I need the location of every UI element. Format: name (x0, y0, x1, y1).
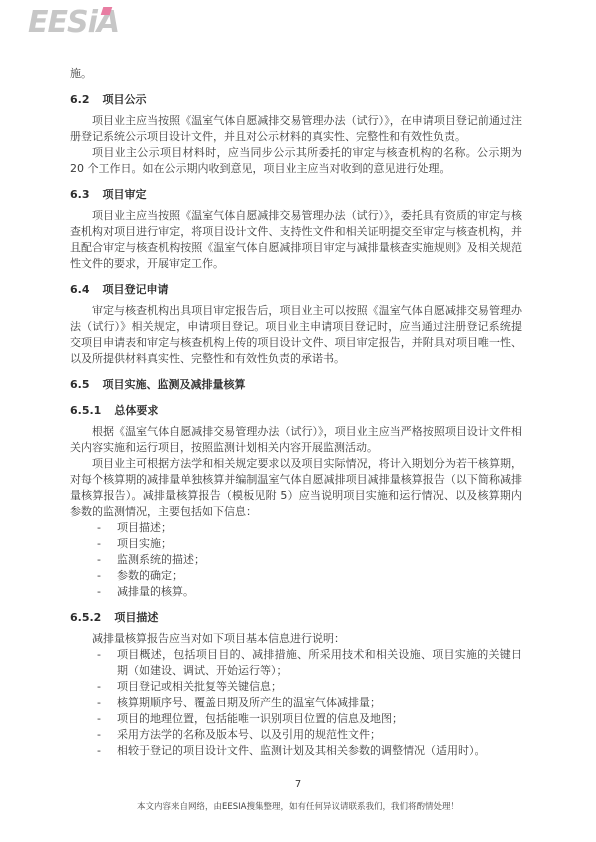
eesia-logo: EESiA (28, 4, 148, 46)
section-6-3-heading: 6.3项目审定 (70, 187, 522, 203)
carryover-text: 施。 (70, 66, 522, 82)
bullet-dash: - (97, 647, 117, 679)
section-title: 项目实施、监测及减排量核算 (103, 378, 246, 391)
list-item: -核算期顺序号、覆盖日期及所产生的温室气体减排量； (97, 695, 522, 711)
section-number: 6.2 (70, 92, 90, 108)
paragraph: 项目业主应当按照《温室气体自愿减排交易管理办法（试行）》，委托具有资质的审定与核… (70, 208, 522, 272)
bullet-dash: - (97, 679, 117, 695)
bullet-dash: - (97, 520, 117, 536)
footer-disclaimer: 本文内容来自网络，由EESIA搜集整理，如有任何异议请联系我们，我们将酌情处理！ (0, 801, 596, 813)
list-item: -相较于登记的项目设计文件、监测计划及其相关参数的调整情况（适用时）。 (97, 743, 522, 759)
list-item: -项目概述，包括项目目的、减排措施、所采用技术和相关设施、项目实施的关键日期（如… (97, 647, 522, 679)
list-item: -参数的确定； (97, 568, 522, 584)
section-title: 项目描述 (114, 611, 158, 624)
paragraph: 项目业主应当按照《温室气体自愿减排交易管理办法（试行）》，在申请项目登记前通过注… (70, 113, 522, 145)
section-title: 项目登记申请 (103, 283, 169, 296)
list-item-text: 项目实施； (117, 536, 522, 552)
bullet-dash: - (97, 536, 117, 552)
list-item: -采用方法学的名称及版本号、以及引用的规范性文件； (97, 727, 522, 743)
list-item-text: 相较于登记的项目设计文件、监测计划及其相关参数的调整情况（适用时）。 (117, 743, 522, 759)
bullet-dash: - (97, 695, 117, 711)
bullet-dash: - (97, 743, 117, 759)
bullet-dash: - (97, 568, 117, 584)
section-6-5-1-heading: 6.5.1总体要求 (70, 403, 522, 419)
paragraph: 审定与核查机构出具项目审定报告后，项目业主可以按照《温室气体自愿减排交易管理办法… (70, 303, 522, 367)
page-content: 施。 6.2项目公示 项目业主应当按照《温室气体自愿减排交易管理办法（试行）》，… (70, 66, 522, 759)
section-6-4-heading: 6.4项目登记申请 (70, 282, 522, 298)
section-title: 项目审定 (103, 188, 147, 201)
bullet-dash: - (97, 727, 117, 743)
list-item-text: 项目描述； (117, 520, 522, 536)
list-item: -项目描述； (97, 520, 522, 536)
list-item-text: 参数的确定； (117, 568, 522, 584)
list-item-text: 项目登记或相关批复等关键信息； (117, 679, 522, 695)
list-item: -监测系统的描述； (97, 552, 522, 568)
section-number: 6.5.2 (70, 610, 101, 626)
list-item-text: 核算期顺序号、覆盖日期及所产生的温室气体减排量； (117, 695, 522, 711)
list-item: -项目实施； (97, 536, 522, 552)
document-page: EESiA 施。 6.2项目公示 项目业主应当按照《温室气体自愿减排交易管理办法… (0, 0, 596, 842)
section-6-2-heading: 6.2项目公示 (70, 92, 522, 108)
list-item-text: 减排量的核算。 (117, 584, 522, 600)
bullet-dash: - (97, 584, 117, 600)
section-title: 项目公示 (103, 93, 147, 106)
paragraph: 减排量核算报告应当对如下项目基本信息进行说明： (70, 631, 522, 647)
list-item-text: 监测系统的描述； (117, 552, 522, 568)
paragraph: 根据《温室气体自愿减排交易管理办法（试行）》，项目业主应当严格按照项目设计文件相… (70, 424, 522, 456)
section-number: 6.4 (70, 282, 90, 298)
section-6-5-heading: 6.5项目实施、监测及减排量核算 (70, 377, 522, 393)
section-title: 总体要求 (114, 404, 158, 417)
page-number: 7 (0, 778, 596, 792)
list-item-text: 项目的地理位置，包括能唯一识别项目位置的信息及地图； (117, 711, 522, 727)
bullet-dash: - (97, 711, 117, 727)
section-number: 6.3 (70, 187, 90, 203)
list-item: -项目登记或相关批复等关键信息； (97, 679, 522, 695)
list-item-text: 采用方法学的名称及版本号、以及引用的规范性文件； (117, 727, 522, 743)
bullet-dash: - (97, 552, 117, 568)
section-6-5-2-heading: 6.5.2项目描述 (70, 610, 522, 626)
paragraph: 项目业主公示项目材料时，应当同步公示其所委托的审定与核查机构的名称。公示期为 2… (70, 145, 522, 177)
section-number: 6.5.1 (70, 403, 101, 419)
bullet-list-652: -项目概述，包括项目目的、减排措施、所采用技术和相关设施、项目实施的关键日期（如… (70, 647, 522, 759)
section-number: 6.5 (70, 377, 90, 393)
list-item: -项目的地理位置，包括能唯一识别项目位置的信息及地图； (97, 711, 522, 727)
bullet-list-651: -项目描述； -项目实施； -监测系统的描述； -参数的确定； -减排量的核算。 (70, 520, 522, 600)
paragraph: 项目业主可根据方法学和相关规定要求以及项目实际情况，将计入期划分为若干核算期，对… (70, 456, 522, 520)
list-item-text: 项目概述，包括项目目的、减排措施、所采用技术和相关设施、项目实施的关键日期（如建… (117, 647, 522, 679)
list-item: -减排量的核算。 (97, 584, 522, 600)
